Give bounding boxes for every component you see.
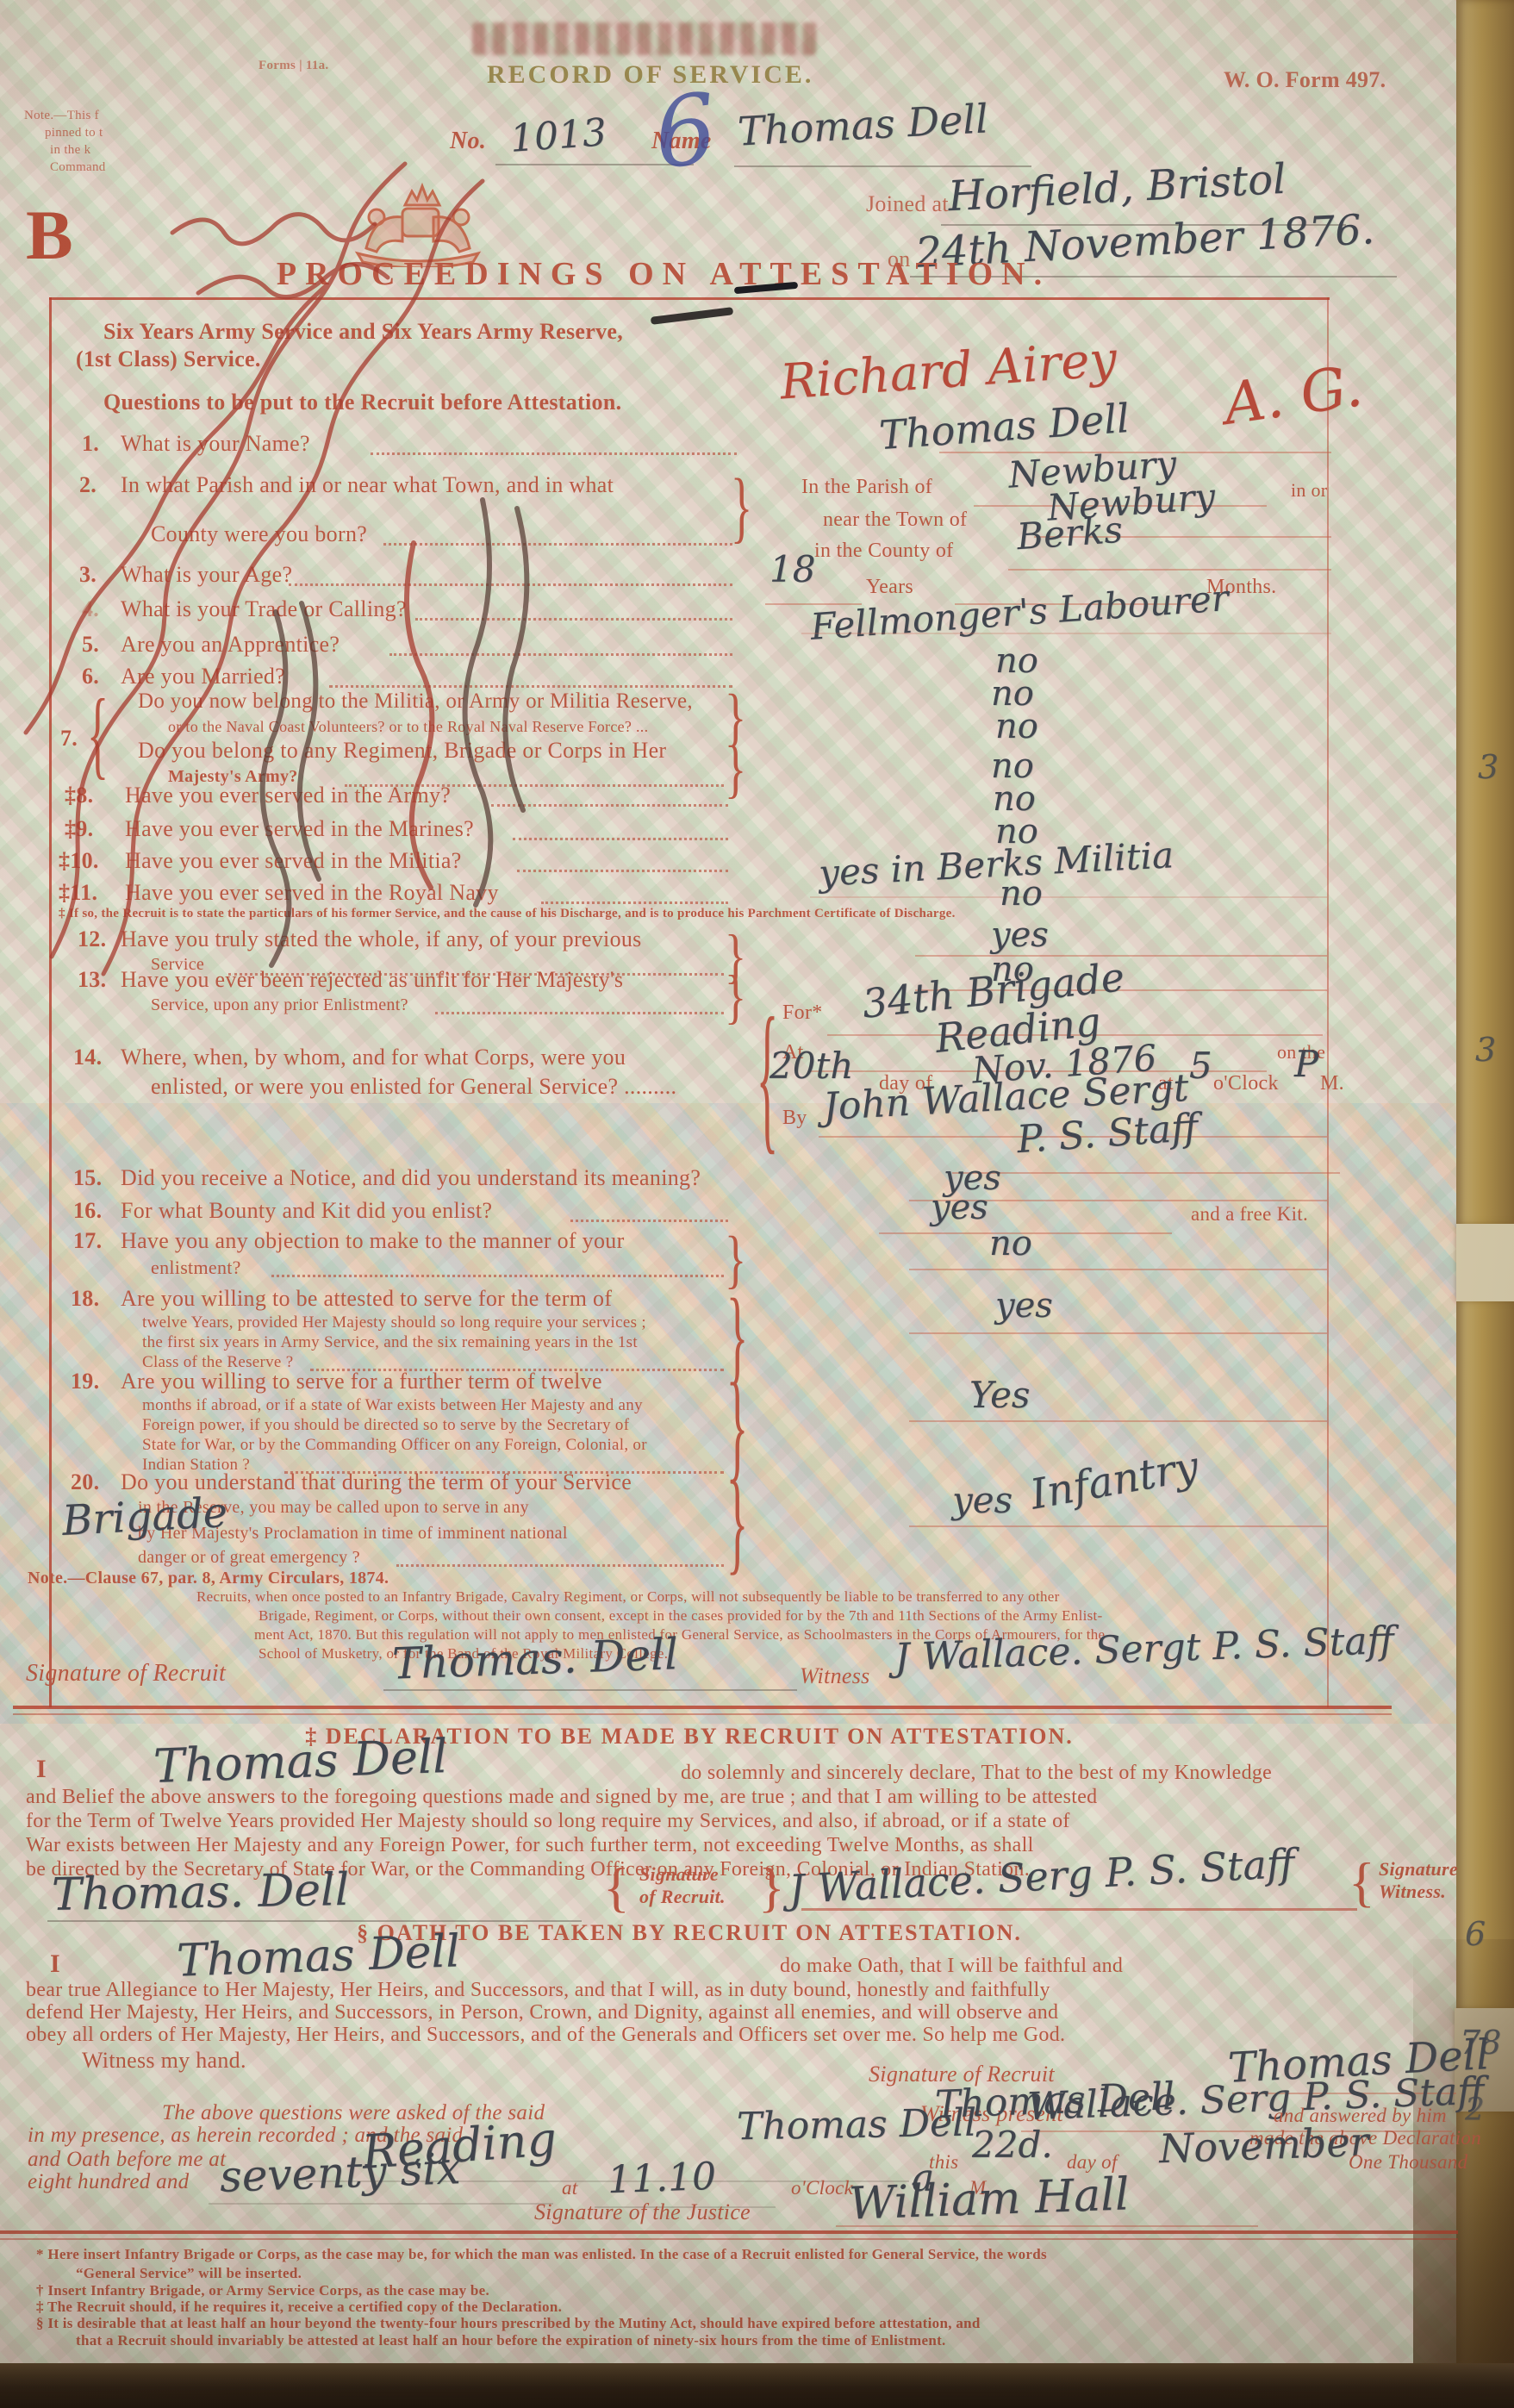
answer-19-handwritten: Yes (969, 1374, 1031, 1416)
question-17-line1: Have you any objection to make to the ma… (121, 1228, 625, 1254)
question-18-line2: twelve Years, provided Her Majesty shoul… (142, 1313, 646, 1332)
question-14-line2: enlisted, or were you enlisted for Gener… (151, 1074, 676, 1100)
ink-bleedthrough-ghost (472, 22, 817, 55)
answer-14-hour-handwritten: 5 (1189, 1045, 1212, 1087)
oclock-label: o'Clock (1213, 1072, 1279, 1095)
at-label-2: at (562, 2177, 578, 2199)
approver-initials-handwritten: A. G. (1219, 352, 1366, 438)
photo-bottom-shadow (0, 2363, 1514, 2408)
question-number: 20. (71, 1469, 99, 1495)
county-label: in the County of (814, 540, 953, 563)
edge-mark: 6 (1465, 1915, 1486, 1953)
years-label: Years (866, 576, 913, 599)
edge-mark: 3 (1475, 1031, 1496, 1069)
answer-line (909, 1525, 1327, 1527)
double-rule (0, 2230, 1458, 2234)
brace: } (726, 1467, 748, 1581)
question-14-line1: Where, when, by whom, and for what Corps… (121, 1045, 626, 1070)
answer-14-meridiem-handwritten: P (1294, 1043, 1318, 1085)
underline (383, 1689, 797, 1691)
nota-title: Note.—Clause 67, par. 8, Army Circulars,… (28, 1569, 389, 1588)
edge-mark: 78 (1460, 2024, 1501, 2062)
question-number: 14. (73, 1045, 102, 1070)
nota-line: Brigade, Regiment, or Corps, without the… (259, 1607, 1103, 1625)
signature-recruit-handwritten: Thomas. Dell (391, 1629, 679, 1689)
dark-ink-scrawl (263, 500, 527, 965)
red-ink-scrawl (26, 164, 483, 974)
answer-17-handwritten: no (989, 1224, 1032, 1263)
dotted-leader (570, 1218, 728, 1222)
question-number: 16. (73, 1198, 102, 1224)
signature-recruit-label: Signature of Recruit (26, 1660, 226, 1687)
sig-label-1: Signature (639, 1863, 719, 1886)
justice-time-handwritten: 11.10 (607, 2155, 717, 2202)
partial-rule (801, 1908, 1357, 1911)
oath-name-handwritten: Thomas Dell (176, 1925, 461, 1987)
underline (734, 165, 1031, 167)
answer-line (909, 1420, 1327, 1422)
answer-line (909, 1269, 1327, 1270)
footnote: † Insert Infantry Brigade, or Army Servi… (36, 2282, 489, 2299)
oath-intro: do make Oath, that I will be faithful an… (780, 1955, 1123, 1978)
declaration-line: for the Term of Twelve Years provided He… (26, 1810, 1070, 1833)
for-label: For* (782, 1001, 823, 1025)
double-rule (13, 1706, 1392, 1709)
town-label: near the Town of (823, 508, 967, 532)
answer-11-handwritten: no (1000, 874, 1043, 914)
edge-paper-tab (1456, 1224, 1514, 1301)
justice-line-4: eight hundred and (28, 2170, 190, 2194)
question-19-line1: Are you willing to serve for a further t… (121, 1369, 602, 1394)
brace: { (603, 1860, 630, 1915)
question-number: 15. (73, 1165, 102, 1191)
question-17-line2: enlistment? (151, 1257, 241, 1279)
answer-3-age-handwritten: 18 (769, 548, 815, 590)
footnote: ‡ The Recruit should, if he requires it,… (36, 2299, 562, 2316)
dotted-leader (271, 1273, 724, 1277)
oath-line: obey all orders of Her Majesty, Her Heir… (26, 2024, 1065, 2047)
edge-mark: 2 (1465, 2093, 1485, 2128)
witness-my-hand: Witness my hand. (82, 2048, 246, 2074)
footnote: “General Service” will be inserted. (76, 2265, 302, 2282)
answer-14-day-handwritten: 20th (769, 1045, 853, 1087)
oclock-label-2: o'Clock (791, 2177, 853, 2199)
form-ref: Forms | 11a. (259, 59, 328, 73)
brace: { (1349, 1855, 1375, 1910)
brace: } (725, 967, 746, 1027)
question-number: 18. (71, 1286, 99, 1312)
answer-line (836, 2225, 1258, 2227)
question-15: Did you receive a Notice, and did you un… (121, 1165, 701, 1191)
declaration-signature-handwritten: Thomas. Dell (52, 1864, 350, 1921)
answer-2-county-handwritten: Berks (1015, 508, 1124, 558)
underline (209, 2203, 553, 2205)
witness-sig-label-1: Signature (1379, 1858, 1458, 1881)
double-rule (13, 1713, 1392, 1715)
justice-line-3: and Oath before me at (28, 2148, 226, 2172)
witness-label: Witness (800, 1663, 870, 1689)
question-18-line3: the first six years in Army Service, and… (142, 1333, 638, 1352)
answer-16-handwritten: yes (931, 1188, 988, 1227)
brace: } (725, 738, 746, 802)
joined-at-label: Joined at (866, 191, 949, 217)
justice-year-handwritten: seventy six (219, 2143, 461, 2202)
blue-ink-mark: 6 (649, 73, 721, 191)
footnote: that a Recruit should invariably be atte… (76, 2332, 946, 2349)
justice-signature-label: Signature of the Justice (534, 2199, 751, 2225)
justice-month-handwritten: November (1158, 2118, 1369, 2172)
justice-signature-handwritten: William Hall (848, 2168, 1130, 2230)
black-ink-dash (651, 307, 733, 325)
by-label: By (782, 1107, 807, 1130)
box-rule-right (1327, 297, 1329, 1707)
answer-18-handwritten: yes (995, 1286, 1053, 1326)
oath-i-label: I (50, 1949, 60, 1979)
parish-label: In the Parish of (801, 476, 932, 499)
answer-line (909, 1332, 1327, 1334)
declaration-line: and Belief the above answers to the fore… (26, 1786, 1097, 1809)
recruit-name-handwritten: Thomas Dell (737, 95, 989, 154)
question-16: For what Bounty and Kit did you enlist? (121, 1198, 492, 1224)
dotted-leader (435, 1010, 724, 1014)
question-20-line4: danger or of great emergency ? (138, 1548, 360, 1568)
footnote: § It is desirable that at least half an … (36, 2315, 981, 2332)
answer-line (810, 896, 1327, 898)
edge-mark: 3 (1478, 748, 1498, 786)
free-kit-note: and a free Kit. (1191, 1203, 1308, 1226)
margin-note-line: Note.—This f (24, 109, 99, 123)
brace: } (731, 468, 752, 547)
dotted-leader (396, 1563, 724, 1567)
question-19-line3: Foreign power, if you should be directed… (142, 1416, 629, 1435)
oath-line: defend Her Majesty, Her Heirs, and Succe… (26, 2001, 1058, 2024)
declaration-intro: do solemnly and sincerely declare, That … (681, 1762, 1272, 1785)
question-number: 17. (73, 1228, 102, 1254)
question-13-line2: Service, upon any prior Enlistment? (151, 995, 408, 1015)
one-thousand-label: One Thousand (1349, 2151, 1467, 2174)
declaration-i-label: I (36, 1755, 47, 1784)
answer-20-handwritten: yes (952, 1479, 1012, 1521)
answer-line (1008, 569, 1331, 571)
answer-7a-handwritten: no (995, 707, 1038, 746)
in-or-label: in or (1291, 479, 1327, 502)
answer-line (952, 1172, 1340, 1174)
witness-sig-label-2: Witness. (1379, 1881, 1446, 1903)
page-edge-shadow (1413, 1939, 1514, 2408)
question-19-line4: State for War, or by the Commanding Offi… (142, 1436, 647, 1455)
justice-name-2-handwritten: Thomas Dell (737, 2101, 977, 2149)
brace: } (758, 1860, 785, 1915)
sig-label-2: of Recruit. (639, 1886, 726, 1908)
question-18-line1: Are you willing to be attested to serve … (121, 1286, 612, 1312)
declaration-line: War exists between Her Majesty and any F… (26, 1834, 1034, 1857)
double-rule (0, 2238, 1458, 2240)
answer-10-handwritten: yes in Berks Militia (818, 833, 1174, 895)
declaration-name-handwritten: Thomas Dell (153, 1729, 448, 1794)
answer-line (801, 633, 1331, 634)
m-label: M. (1320, 1072, 1344, 1095)
wo-form-number: W. O. Form 497. (1224, 67, 1386, 93)
footnote: * Here insert Infantry Brigade or Corps,… (36, 2246, 1047, 2263)
question-number: 19. (71, 1369, 99, 1394)
justice-day-handwritten: 22d. (972, 2124, 1053, 2166)
ink-scrawl-overlay (0, 129, 655, 991)
question-19-line2: months if abroad, or if a state of War e… (142, 1396, 643, 1415)
attestation-form-scan: Forms | 11a. RECORD OF SERVICE. W. O. Fo… (0, 0, 1514, 2408)
insert-brigade-handwritten: Brigade (61, 1488, 229, 1545)
oath-line: bear true Allegiance to Her Majesty, Her… (26, 1979, 1050, 2002)
nota-line: Recruits, when once posted to an Infantr… (196, 1588, 1060, 1606)
